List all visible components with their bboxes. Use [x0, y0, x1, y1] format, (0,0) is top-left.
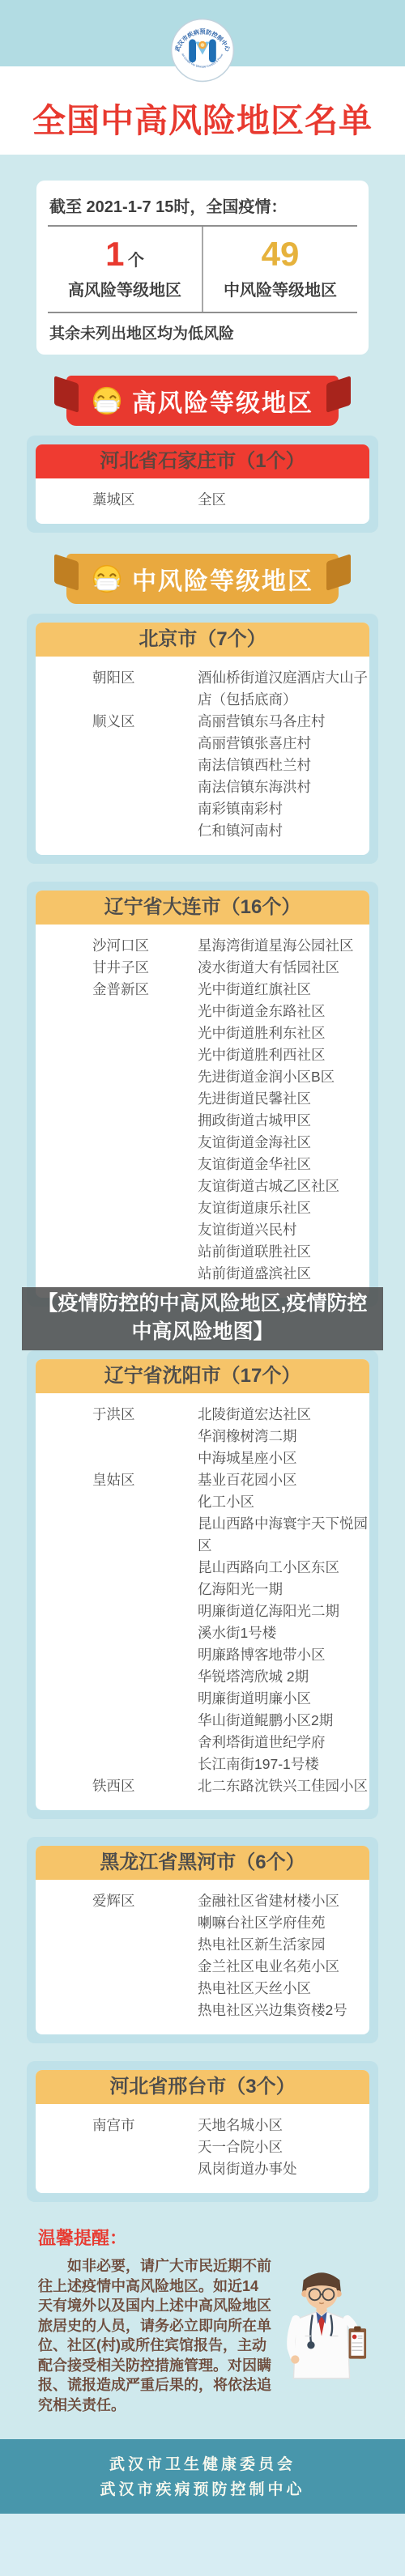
district-row: 铁西区 北二东路沈铁兴工佳园小区 — [36, 1775, 369, 1797]
city-rows: 沙河口区 星海湾街道星海公园社区 甘井子区 凌水街道大有恬园社区 金普新区 光中… — [36, 925, 369, 1288]
medium-risk-section: 中风险等级地区 北京市（7个） 朝阳区 酒仙桥街道汉庭酒店大山子店（包括底商） … — [27, 554, 378, 2202]
summary-card: 截至 2021-1-7 15时，全国疫情： 1 个 高风险等级地区 49 中风险… — [36, 181, 369, 355]
medium-risk-banner: 中风险等级地区 — [66, 554, 339, 604]
district-row: 于洪区 北陵街道宏达社区华润橡树湾二期中海城星座小区 — [36, 1404, 369, 1469]
district-name: 于洪区 — [36, 1404, 198, 1426]
area-item: 明廉街道明廉小区 — [198, 1688, 369, 1710]
area-item: 金兰社区电业名苑小区 — [198, 1956, 369, 1978]
district-row: 南宫市 天地名城小区天一合院小区凤岗街道办事处 — [36, 2115, 369, 2180]
high-risk-count-cell: 1 个 高风险等级地区 — [48, 227, 202, 312]
high-risk-unit: 个 — [128, 252, 144, 270]
district-areas: 光中街道红旗社区光中街道金东路社区光中街道胜利东社区光中街道胜利西社区先进街道金… — [198, 979, 369, 1285]
area-item: 金融社区省建材楼小区 — [198, 1890, 369, 1912]
summary-note: 其余未列出地区均为低风险 — [48, 313, 357, 348]
page-title: 全国中高风险地区名单 — [0, 94, 405, 142]
area-item: 基业百花园小区 — [198, 1469, 369, 1491]
city-card: 北京市（7个） 朝阳区 酒仙桥街道汉庭酒店大山子店（包括底商） 顺义区 高丽营镇… — [36, 623, 369, 855]
city-card: 黑龙江省黑河市（6个） 爱辉区 金融社区省建材楼小区喇嘛台社区学府佳苑热电社区新… — [36, 1846, 369, 2034]
city-section-panel: 辽宁省大连市（16个） 沙河口区 星海湾街道星海公园社区 甘井子区 凌水街道大有… — [27, 882, 378, 1307]
high-risk-count: 1 — [105, 235, 124, 273]
area-item: 舍利塔街道世纪学府 — [198, 1732, 369, 1753]
area-item: 友谊街道金海社区 — [198, 1132, 369, 1154]
area-item: 凌水街道大有恬园社区 — [198, 957, 369, 979]
high-risk-section: 高风险等级地区 河北省石家庄市（1个） 藁城区 全区 — [27, 376, 378, 533]
district-row: 沙河口区 星海湾街道星海公园社区 — [36, 935, 369, 957]
content: 截至 2021-1-7 15时，全国疫情： 1 个 高风险等级地区 49 中风险… — [0, 155, 405, 2418]
district-areas: 星海湾街道星海公园社区 — [198, 935, 369, 957]
city-section-panel: 北京市（7个） 朝阳区 酒仙桥街道汉庭酒店大山子店（包括底商） 顺义区 高丽营镇… — [27, 614, 378, 864]
district-name: 铁西区 — [36, 1775, 198, 1797]
area-item: 先进街道金润小区B区 — [198, 1066, 369, 1088]
area-item: 友谊街道康乐社区 — [198, 1197, 369, 1219]
district-row: 藁城区 全区 — [36, 489, 369, 511]
area-item: 天一合院小区 — [198, 2136, 369, 2158]
city-rows: 南宫市 天地名城小区天一合院小区凤岗街道办事处 — [36, 2104, 369, 2183]
district-areas: 酒仙桥街道汉庭酒店大山子店（包括底商） — [198, 667, 369, 711]
footer-band: 武汉市卫生健康委员会 武汉市疾病预防控制中心 — [0, 2439, 405, 2514]
city-rows: 藁城区 全区 — [36, 478, 369, 514]
area-item: 天地名城小区 — [198, 2115, 369, 2136]
district-name: 朝阳区 — [36, 667, 198, 689]
area-item: 明廉路博客地带小区 — [198, 1644, 369, 1666]
city-header: 辽宁省大连市（16个） — [36, 891, 369, 925]
area-item: 站前街道盛滨社区 — [198, 1263, 369, 1285]
district-row: 顺义区 高丽营镇东马各庄村高丽营镇张喜庄村南法信镇西杜兰村南法信镇东海洪村南彩镇… — [36, 711, 369, 842]
reminder-content: 如非必要，请广大市民近期不前往上述疫情中高风险地区。如近14天有境外以及国内上述… — [38, 2256, 367, 2415]
area-item: 光中街道胜利西社区 — [198, 1044, 369, 1066]
high-risk-cities: 河北省石家庄市（1个） 藁城区 全区 — [27, 436, 378, 533]
area-item: 热电社区兴边集资楼2号 — [198, 2000, 369, 2021]
district-row: 爱辉区 金融社区省建材楼小区喇嘛台社区学府佳苑热电社区新生活家园金兰社区电业名苑… — [36, 1890, 369, 2021]
area-item: 喇嘛台社区学府佳苑 — [198, 1912, 369, 1934]
district-row: 皇姑区 基业百花园小区化工小区昆山西路中海寰宇天下悦园区昆山西路向工小区东区亿海… — [36, 1469, 369, 1775]
city-section-panel: 河北省石家庄市（1个） 藁城区 全区 — [27, 436, 378, 533]
area-item: 酒仙桥街道汉庭酒店大山子店（包括底商） — [198, 667, 369, 711]
city-section-panel: 黑龙江省黑河市（6个） 爱辉区 金融社区省建材楼小区喇嘛台社区学府佳苑热电社区新… — [27, 1837, 378, 2043]
district-areas: 天地名城小区天一合院小区凤岗街道办事处 — [198, 2115, 369, 2180]
doctor-figure — [291, 2272, 366, 2378]
area-item: 星海湾街道星海公园社区 — [198, 935, 369, 957]
district-areas: 基业百花园小区化工小区昆山西路中海寰宇天下悦园区昆山西路向工小区东区亿海阳光一期… — [198, 1469, 369, 1775]
city-card: 河北省石家庄市（1个） 藁城区 全区 — [36, 444, 369, 524]
high-risk-banner: 高风险等级地区 — [66, 376, 339, 426]
district-name: 南宫市 — [36, 2115, 198, 2136]
area-item: 南彩镇南彩村 — [198, 798, 369, 820]
area-item: 化工小区 — [198, 1491, 369, 1513]
area-item: 亿海阳光一期 — [198, 1579, 369, 1600]
area-item: 昆山西路中海寰宇天下悦园区 — [198, 1513, 369, 1557]
district-name: 皇姑区 — [36, 1469, 198, 1491]
area-item: 华山街道鲲鹏小区2期 — [198, 1710, 369, 1732]
area-item: 昆山西路向工小区东区 — [198, 1557, 369, 1579]
area-item: 南法信镇东海洪村 — [198, 776, 369, 798]
city-section-panel: 辽宁省沈阳市（17个） 于洪区 北陵街道宏达社区华润橡树湾二期中海城星座小区 皇… — [27, 1350, 378, 1819]
city-header: 河北省石家庄市（1个） — [36, 444, 369, 478]
city-header: 辽宁省沈阳市（17个） — [36, 1359, 369, 1393]
area-item: 仁和镇河南村 — [198, 820, 369, 842]
medium-risk-count-label: 中风险等级地区 — [203, 277, 357, 300]
city-card: 辽宁省沈阳市（17个） 于洪区 北陵街道宏达社区华润橡树湾二期中海城星座小区 皇… — [36, 1359, 369, 1810]
district-name: 甘井子区 — [36, 957, 198, 979]
city-header: 黑龙江省黑河市（6个） — [36, 1846, 369, 1880]
reminder-section: 温馨提醒： — [36, 2220, 369, 2418]
area-item: 热电社区新生活家园 — [198, 1934, 369, 1956]
area-item: 拥政街道古城甲区 — [198, 1110, 369, 1132]
medium-risk-count: 49 — [262, 235, 300, 273]
area-item: 光中街道金东路社区 — [198, 1001, 369, 1022]
district-name: 爱辉区 — [36, 1890, 198, 1912]
watermark-line1: 【疫情防控的中高风险地区,疫情防控 — [22, 1290, 383, 1318]
area-item: 友谊街道兴民村 — [198, 1219, 369, 1241]
city-rows: 朝阳区 酒仙桥街道汉庭酒店大山子店（包括底商） 顺义区 高丽营镇东马各庄村高丽营… — [36, 657, 369, 845]
area-item: 凤岗街道办事处 — [198, 2158, 369, 2180]
as-of-text: 截至 2021-1-7 15时，全国疫情： — [48, 190, 357, 225]
city-header: 北京市（7个） — [36, 623, 369, 657]
area-item: 北陵街道宏达社区 — [198, 1404, 369, 1426]
area-item: 光中街道红旗社区 — [198, 979, 369, 1001]
top-band: 武汉市疾病预防控制中心 Wuhan Center For Disease Con… — [0, 0, 405, 66]
district-areas: 北二东路沈铁兴工佳园小区 — [198, 1775, 369, 1797]
high-risk-banner-label: 高风险等级地区 — [132, 383, 313, 419]
city-rows: 于洪区 北陵街道宏达社区华润橡树湾二期中海城星座小区 皇姑区 基业百花园小区化工… — [36, 1393, 369, 1800]
district-name: 顺义区 — [36, 711, 198, 733]
medium-risk-count-cell: 49 中风险等级地区 — [202, 227, 357, 312]
district-areas: 金融社区省建材楼小区喇嘛台社区学府佳苑热电社区新生活家园金兰社区电业名苑小区热电… — [198, 1890, 369, 2021]
district-row: 朝阳区 酒仙桥街道汉庭酒店大山子店（包括底商） — [36, 667, 369, 711]
masked-face-emoji — [92, 385, 122, 416]
district-areas: 高丽营镇东马各庄村高丽营镇张喜庄村南法信镇西杜兰村南法信镇东海洪村南彩镇南彩村仁… — [198, 711, 369, 842]
bottom-strip — [0, 2514, 405, 2576]
district-areas: 全区 — [198, 489, 369, 511]
footer-org-line2: 武汉市疾病预防控制中心 — [0, 2477, 405, 2502]
footer-org-line1: 武汉市卫生健康委员会 — [0, 2452, 405, 2477]
area-item: 南法信镇西杜兰村 — [198, 755, 369, 776]
city-rows: 爱辉区 金融社区省建材楼小区喇嘛台社区学府佳苑热电社区新生活家园金兰社区电业名苑… — [36, 1880, 369, 2025]
area-item: 光中街道胜利东社区 — [198, 1022, 369, 1044]
area-item: 友谊街道古城乙区社区 — [198, 1175, 369, 1197]
area-item: 友谊街道金华社区 — [198, 1154, 369, 1175]
doctor-illustration — [276, 2261, 367, 2402]
area-item: 热电社区天丝小区 — [198, 1978, 369, 2000]
district-name: 藁城区 — [36, 489, 198, 511]
district-row: 金普新区 光中街道红旗社区光中街道金东路社区光中街道胜利东社区光中街道胜利西社区… — [36, 979, 369, 1285]
reminder-title: 温馨提醒： — [38, 2225, 367, 2250]
area-item: 溪水街1号楼 — [198, 1622, 369, 1644]
city-section-panel: 河北省邢台市（3个） 南宫市 天地名城小区天一合院小区凤岗街道办事处 — [27, 2061, 378, 2202]
watermark-line2: 中高风险地图】 — [22, 1318, 383, 1346]
area-item: 站前街道联胜社区 — [198, 1241, 369, 1263]
area-item: 长江南街197-1号楼 — [198, 1753, 369, 1775]
medium-risk-banner-label: 中风险等级地区 — [132, 561, 313, 597]
district-name: 金普新区 — [36, 979, 198, 1001]
district-row: 甘井子区 凌水街道大有恬园社区 — [36, 957, 369, 979]
medium-risk-cities: 北京市（7个） 朝阳区 酒仙桥街道汉庭酒店大山子店（包括底商） 顺义区 高丽营镇… — [27, 614, 378, 2202]
district-areas: 北陵街道宏达社区华润橡树湾二期中海城星座小区 — [198, 1404, 369, 1469]
masked-face-emoji — [92, 563, 122, 594]
area-item: 中海城星座小区 — [198, 1447, 369, 1469]
area-item: 华润橡树湾二期 — [198, 1426, 369, 1447]
district-name: 沙河口区 — [36, 935, 198, 957]
area-item: 全区 — [198, 489, 369, 511]
high-risk-count-label: 高风险等级地区 — [48, 277, 202, 300]
city-card: 辽宁省大连市（16个） 沙河口区 星海湾街道星海公园社区 甘井子区 凌水街道大有… — [36, 891, 369, 1298]
district-areas: 凌水街道大有恬园社区 — [198, 957, 369, 979]
area-item: 北二东路沈铁兴工佳园小区 — [198, 1775, 369, 1797]
area-item: 华锐塔湾欣城 2期 — [198, 1666, 369, 1688]
area-item: 高丽营镇东马各庄村 — [198, 711, 369, 733]
summary-grid: 1 个 高风险等级地区 49 中风险等级地区 — [48, 225, 357, 313]
city-header: 河北省邢台市（3个） — [36, 2070, 369, 2104]
area-item: 高丽营镇张喜庄村 — [198, 733, 369, 755]
area-item: 先进街道民馨社区 — [198, 1088, 369, 1110]
wuhan-cdc-logo: 武汉市疾病预防控制中心 Wuhan Center For Disease Con… — [170, 18, 235, 83]
city-card: 河北省邢台市（3个） 南宫市 天地名城小区天一合院小区凤岗街道办事处 — [36, 2070, 369, 2193]
area-item: 明廉街道亿海阳光二期 — [198, 1600, 369, 1622]
watermark-overlay: 【疫情防控的中高风险地区,疫情防控 中高风险地图】 — [22, 1287, 383, 1350]
